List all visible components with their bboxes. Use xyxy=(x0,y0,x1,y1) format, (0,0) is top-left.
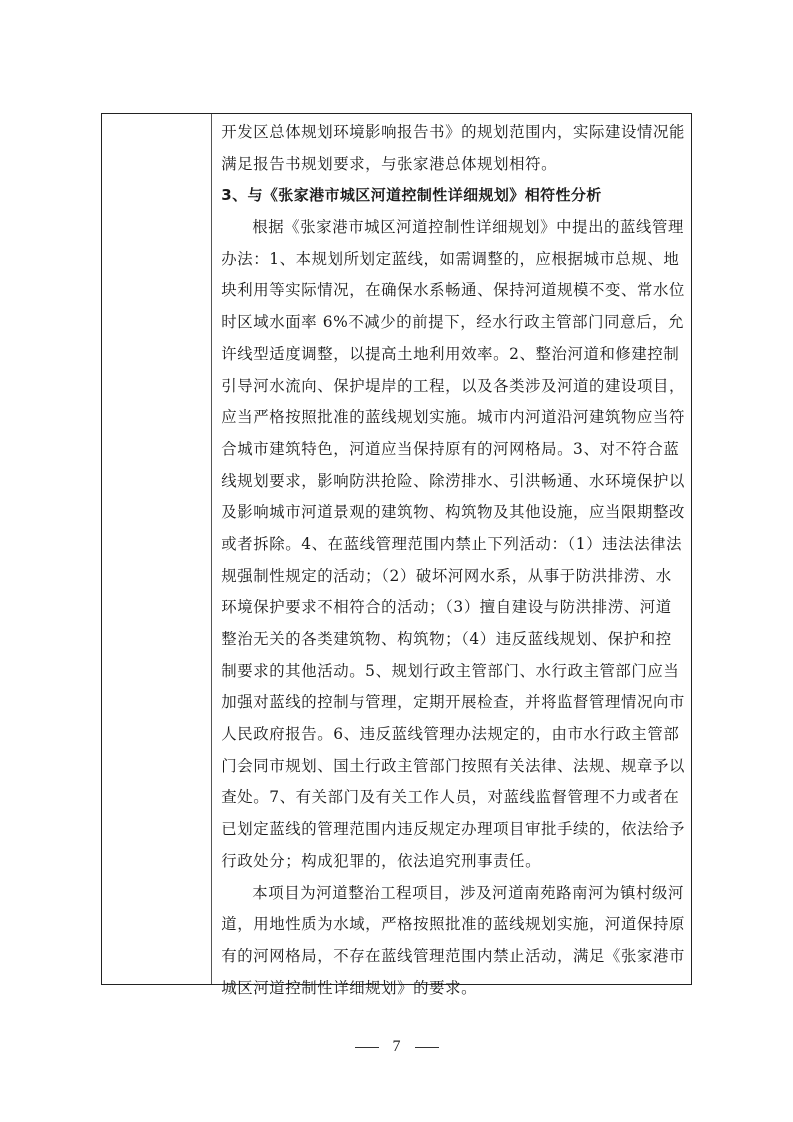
paragraph-line: 加强对蓝线的控制与管理，定期开展检查，并将监督管理情况向市 xyxy=(221,687,685,719)
paragraph-line: 应当严格按照批准的蓝线规划实施。城市内河道沿河建筑物应当符 xyxy=(221,402,685,434)
paragraph-line: 根据《张家港市城区河道控制性详细规划》中提出的蓝线管理 xyxy=(221,212,685,244)
table-left-column xyxy=(102,114,212,984)
content-table: 开发区总体规划环境影响报告书》的规划范围内，实际建设情况能满足报告书规划要求，与… xyxy=(101,113,692,985)
paragraph-line: 环境保护要求不相符合的活动；（3）擅自建设与防洪排涝、河道 xyxy=(221,592,685,624)
paragraph-line: 制要求的其他活动。5、规划行政主管部门、水行政主管部门应当 xyxy=(221,656,685,688)
table-right-column: 开发区总体规划环境影响报告书》的规划范围内，实际建设情况能满足报告书规划要求，与… xyxy=(212,114,691,984)
section-heading: 3、与《张家港市城区河道控制性详细规划》相符性分析 xyxy=(221,180,685,212)
paragraph-line: 或者拆除。4、在蓝线管理范围内禁止下列活动：（1）违法法律法 xyxy=(221,529,685,561)
paragraph-line: 人民政府报告。6、违反蓝线管理办法规定的，由市水行政主管部 xyxy=(221,719,685,751)
paragraph-line: 已划定蓝线的管理范围内违反规定办理项目审批手续的，依法给予 xyxy=(221,814,685,846)
paragraph-line: 行政处分；构成犯罪的，依法追究刑事责任。 xyxy=(221,846,685,878)
paragraph-line: 本项目为河道整治工程项目，涉及河道南苑路南河为镇村级河 xyxy=(221,878,685,910)
paragraph-line: 开发区总体规划环境影响报告书》的规划范围内，实际建设情况能 xyxy=(221,117,685,149)
paragraph-line: 规强制性规定的活动；（2）破坏河网水系，从事于防洪排涝、水 xyxy=(221,561,685,593)
dash-right xyxy=(415,1047,439,1048)
paragraph-line: 办法：1、本规划所划定蓝线，如需调整的，应根据城市总规、地 xyxy=(221,244,685,276)
dash-left xyxy=(355,1047,379,1048)
paragraph-line: 有的河网格局，不存在蓝线管理范围内禁止活动，满足《张家港市 xyxy=(221,941,685,973)
paragraph-line: 门会同市规划、国土行政主管部门按照有关法律、法规、规章予以 xyxy=(221,751,685,783)
paragraph-line: 道，用地性质为水域，严格按照批准的蓝线规划实施，河道保持原 xyxy=(221,909,685,941)
page-footer: 7 xyxy=(0,1038,793,1056)
paragraph-line: 许线型适度调整，以提高土地利用效率。2、整治河道和修建控制 xyxy=(221,339,685,371)
paragraph-line: 合城市建筑特色，河道应当保持原有的河网格局。3、对不符合蓝 xyxy=(221,434,685,466)
paragraph-line: 引导河水流向、保护堤岸的工程，以及各类涉及河道的建设项目， xyxy=(221,371,685,403)
paragraph-line: 线规划要求，影响防洪抢险、除涝排水、引洪畅通、水环境保护以 xyxy=(221,466,685,498)
paragraph-line: 及影响城市河道景观的建筑物、构筑物及其他设施，应当限期整改 xyxy=(221,497,685,529)
paragraph-line: 时区域水面率 6%不减少的前提下，经水行政主管部门同意后，允 xyxy=(221,307,685,339)
paragraph-line: 城区河道控制性详细规划》的要求。 xyxy=(221,973,685,1005)
paragraph-line: 整治无关的各类建筑物、构筑物；（4）违反蓝线规划、保护和控 xyxy=(221,624,685,656)
paragraph-line: 块利用等实际情况，在确保水系畅通、保持河道规模不变、常水位 xyxy=(221,275,685,307)
paragraph-line: 查处。7、有关部门及有关工作人员，对蓝线监督管理不力或者在 xyxy=(221,782,685,814)
paragraph-line: 满足报告书规划要求，与张家港总体规划相符。 xyxy=(221,149,685,181)
page-number: 7 xyxy=(393,1038,401,1055)
